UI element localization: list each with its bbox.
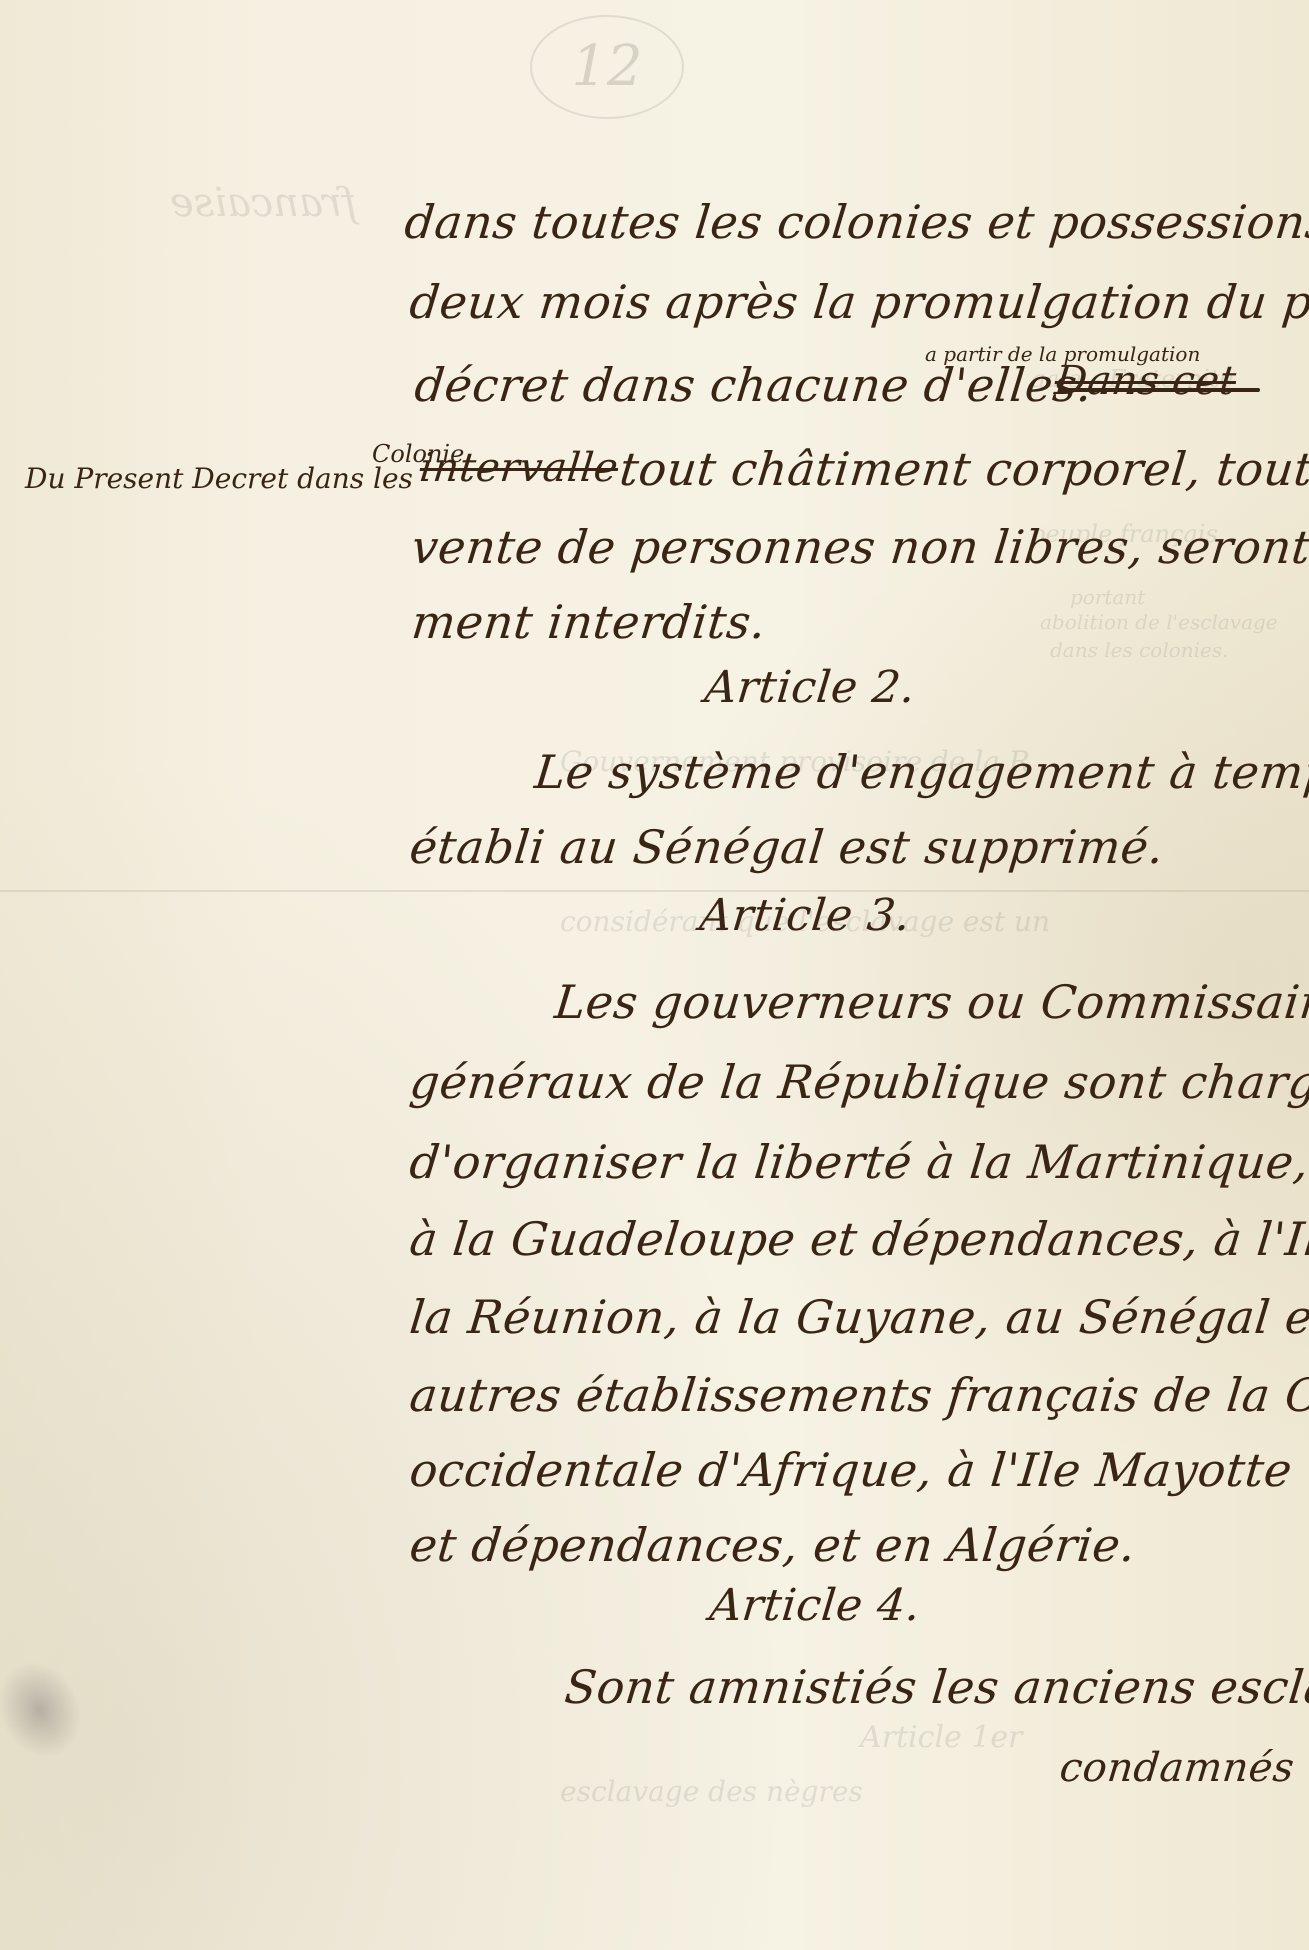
struck-through-word: Dans cet (1053, 358, 1239, 404)
text-line: à la Guadeloupe et dépendances, à l'Ile … (407, 1212, 1309, 1266)
show-through-text: esclavage des nègres (560, 1775, 863, 1808)
text-line: deux mois après la promulgation du prése… (407, 275, 1309, 329)
text-line: Les gouverneurs ou Commissaires (552, 975, 1309, 1029)
text-line: Le système d'engagement à temps (532, 745, 1309, 799)
show-through-text: portant (1070, 585, 1145, 609)
show-through-text: abolition de l'esclavage (1040, 610, 1278, 634)
text-line: décret dans chacune d'elles. (412, 358, 1095, 412)
text-line: autres établissements français de la Côt… (407, 1368, 1309, 1422)
article-heading: Article 2. (702, 662, 918, 713)
text-line: généraux de la République sont chargés (407, 1055, 1309, 1109)
text-line: dans toutes les colonies et possessions … (402, 195, 1309, 249)
show-through-text: dans les colonies. (1050, 638, 1229, 662)
article-heading: Article 3. (697, 890, 913, 941)
text-line: d'organiser la liberté à la Martinique, (407, 1135, 1309, 1189)
show-through-text: Article 1er (860, 1720, 1023, 1755)
text-line: ment interdits. (409, 595, 769, 649)
text-line: vente de personnes non libres, seront ab… (409, 520, 1309, 574)
ink-smudge (0, 1648, 97, 1772)
catchword: condamnés (1058, 1745, 1297, 1791)
manuscript-page: 12 francaise gale – Fraternité peuple fr… (0, 0, 1309, 1950)
struck-through-word: intervalle (418, 445, 621, 491)
text-line: Sont amnistiés les anciens esclaves (562, 1660, 1309, 1714)
paper-crease (0, 890, 1309, 892)
page-number-stamp: 12 (530, 15, 684, 119)
margin-annotation: Du Present Decret dans les (25, 462, 413, 495)
show-through-text: francaise (170, 180, 357, 226)
strike-scribble (1060, 388, 1260, 392)
text-line: tout châtiment corporel, toute (617, 442, 1309, 496)
text-line: et dépendances, et en Algérie. (407, 1518, 1138, 1572)
text-line: établi au Sénégal est supprimé. (407, 820, 1167, 874)
text-line: la Réunion, à la Guyane, au Sénégal et (407, 1290, 1309, 1344)
article-heading: Article 4. (707, 1580, 923, 1631)
text-line: occidentale d'Afrique, à l'Ile Mayotte (407, 1443, 1295, 1497)
